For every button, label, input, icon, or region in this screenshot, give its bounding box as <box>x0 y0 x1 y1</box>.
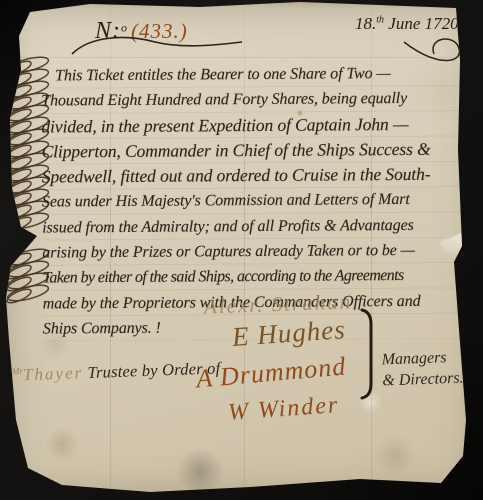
managers-label-line1: Managers <box>381 347 463 371</box>
body-line: Speedwell, fitted out and ordered to Cru… <box>42 162 470 190</box>
ticket-paper: N:o (433.) 18.th June 1720, This Ticket … <box>0 0 483 500</box>
date-day: 18. <box>355 14 376 33</box>
signature-bracket-icon <box>360 308 376 400</box>
body-line: Taken by either of the said Ships, accor… <box>42 263 470 291</box>
trustee-line: MrThayer Trustee by Order of <box>12 358 221 385</box>
ticket-date: 18.th June 1720, <box>355 14 463 34</box>
trustee-text: Trustee by Order of <box>83 358 221 382</box>
photo-background: N:o (433.) 18.th June 1720, This Ticket … <box>0 0 483 500</box>
body-line: Clipperton, Commander in Chief of the Sh… <box>42 136 470 164</box>
signature-hughes: E Hughes <box>231 314 347 353</box>
ticket-number-sup: o <box>121 21 127 35</box>
body-line: issued from the Admiralty; and of all Pr… <box>42 212 470 240</box>
trustee-prefix: Mr <box>12 366 23 376</box>
number-underline-flourish-icon <box>70 34 250 58</box>
body-line: Seas under His Majesty's Commission and … <box>42 187 470 215</box>
managers-directors-label: Managers & Directors. <box>381 347 464 392</box>
body-line: Thousand Eight Hundred and Forty Shares,… <box>41 86 469 114</box>
managers-label-line2: & Directors. <box>382 368 464 392</box>
body-line: arising by the Prizes or Captures alread… <box>42 238 470 266</box>
body-line: divided, in the present Expedition of Ca… <box>41 111 469 139</box>
body-line: This Ticket entitles the Bearer to one S… <box>41 61 469 89</box>
date-sup: th <box>376 14 384 25</box>
date-rest: June 1720, <box>388 14 463 33</box>
trustee-name: Thayer <box>23 363 84 384</box>
